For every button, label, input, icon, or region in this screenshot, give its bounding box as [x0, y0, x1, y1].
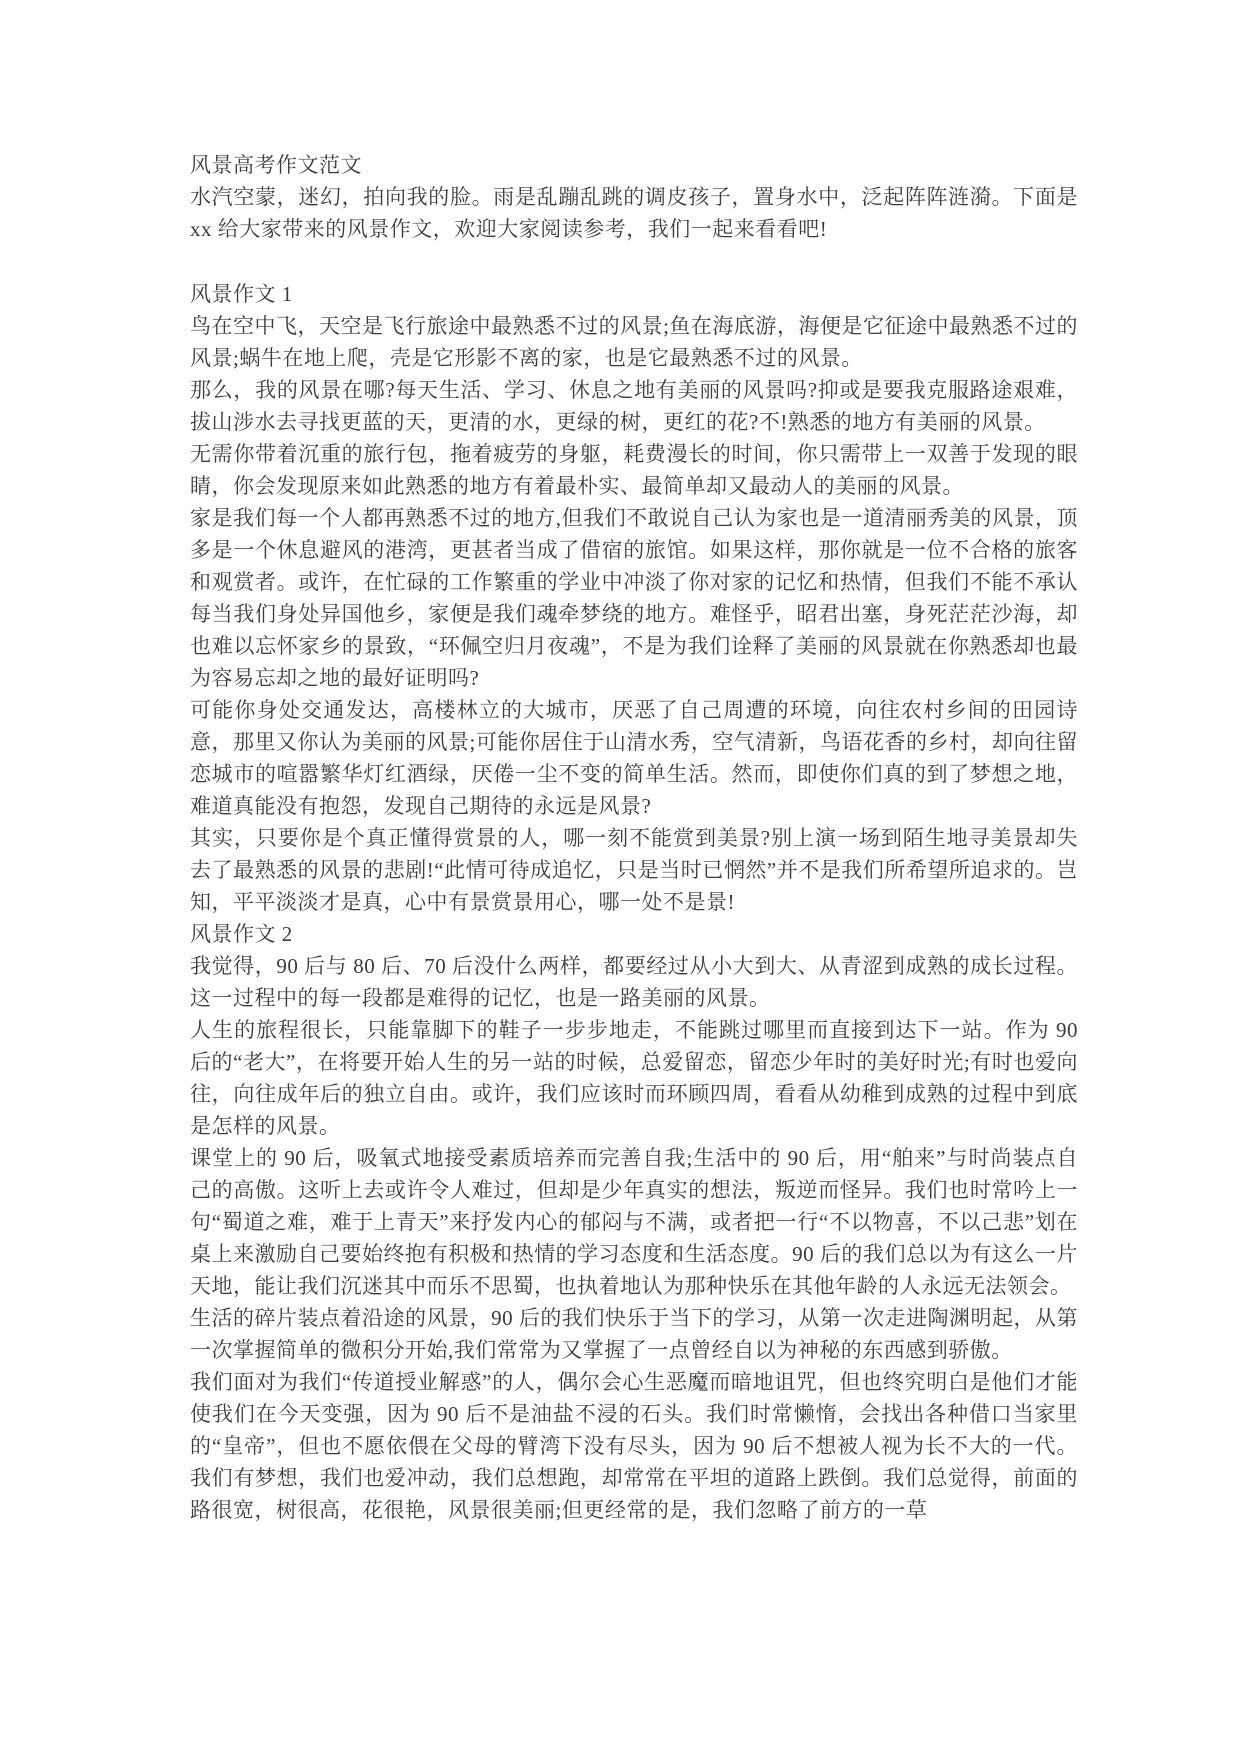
section-1-paragraph: 可能你身处交通发达，高楼林立的大城市，厌恶了自己周遭的环境，向往农村乡间的田园诗…: [190, 694, 1078, 822]
section-2-paragraph: 我觉得，90 后与 80 后、70 后没什么两样，都要经过从小大到大、从青涩到成…: [190, 950, 1078, 1014]
document-page: 风景高考作文范文 水汽空蒙，迷幻，拍向我的脸。雨是乱蹦乱跳的调皮孩子，置身水中，…: [0, 0, 1241, 1754]
section-1-paragraph: 其实，只要你是个真正懂得赏景的人，哪一刻不能赏到美景?别上演一场到陌生地寻美景却…: [190, 822, 1078, 918]
section-2-paragraph: 生活的碎片装点着沿途的风景，90 后的我们快乐于当下的学习，从第一次走进陶渊明起…: [190, 1302, 1078, 1366]
section-1-paragraph: 无需你带着沉重的旅行包，拖着疲劳的身躯，耗费漫长的时间，你只需带上一双善于发现的…: [190, 438, 1078, 502]
section-2-paragraph: 课堂上的 90 后，吸氧式地接受素质培养而完善自我;生活中的 90 后，用“舶来…: [190, 1142, 1078, 1302]
section-2-paragraph: 我们面对为我们“传道授业解惑”的人，偶尔会心生恶魔而暗地诅咒，但也终究明白是他们…: [190, 1366, 1078, 1526]
section-1-paragraph: 鸟在空中飞，天空是飞行旅途中最熟悉不过的风景;鱼在海底游，海便是它征途中最熟悉不…: [190, 310, 1078, 374]
section-1-paragraph: 那么，我的风景在哪?每天生活、学习、休息之地有美丽的风景吗?抑或是要我克服路途艰…: [190, 374, 1078, 438]
section-2-paragraph: 人生的旅程很长，只能靠脚下的鞋子一步步地走，不能跳过哪里而直接到达下一站。作为 …: [190, 1014, 1078, 1142]
section-1-paragraph: 家是我们每一个人都再熟悉不过的地方,但我们不敢说自己认为家也是一道清丽秀美的风景…: [190, 502, 1078, 694]
intro-paragraph: 水汽空蒙，迷幻，拍向我的脸。雨是乱蹦乱跳的调皮孩子，置身水中，泛起阵阵涟漪。下面…: [190, 181, 1078, 245]
section-2-heading: 风景作文 2: [190, 918, 1078, 950]
section-1-heading: 风景作文 1: [190, 278, 1078, 310]
document-title: 风景高考作文范文: [190, 149, 1078, 181]
document-body: 风景高考作文范文 水汽空蒙，迷幻，拍向我的脸。雨是乱蹦乱跳的调皮孩子，置身水中，…: [190, 149, 1078, 1526]
blank-line: [190, 245, 1078, 278]
